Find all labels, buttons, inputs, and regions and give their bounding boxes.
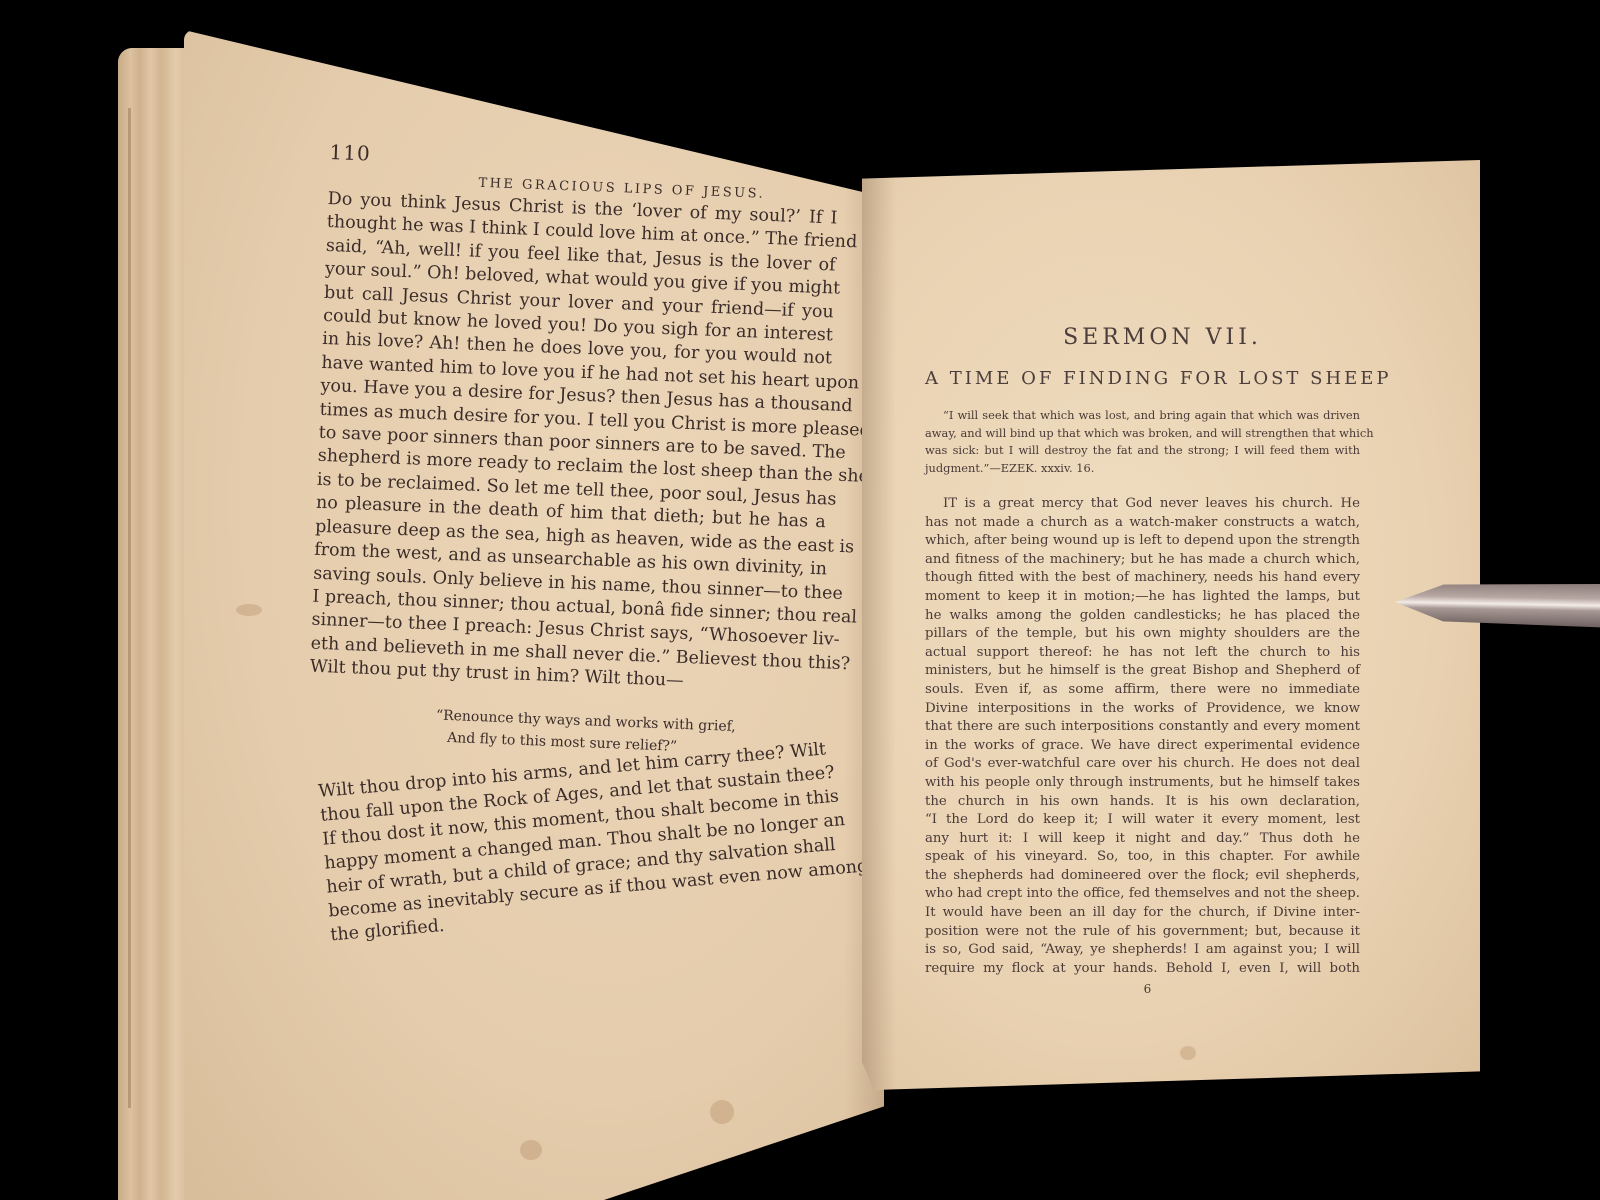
text-line: “I the Lord do keep it; I will water it … [925,811,1360,830]
text-line: ministers, but he himself is the great B… [925,662,1360,681]
text-line: pillars of the temple, but his own might… [925,625,1360,644]
text-line: Divine interpositions in the works of Pr… [925,700,1360,719]
text-line: speak of his vineyard. So, too, in this … [925,848,1360,867]
text-line: who had crept into the office, fed thems… [925,885,1360,904]
sermon-title: A TIME OF FINDING FOR LOST SHEEP [925,368,1360,389]
epigraph-line: “I will seek that which was lost, and br… [925,407,1360,425]
page-number: 110 [329,140,371,166]
scripture-epigraph: “I will seek that which was lost, and br… [925,407,1360,477]
text-line: has not made a church as a watch-maker c… [925,514,1360,533]
sermon-number: SERMON VII. [925,325,1360,350]
text-line: that there are such interpositions const… [925,718,1360,737]
text-line: is so, God said, “Away, ye shepherds! I … [925,941,1360,960]
paper-stain [1180,1046,1196,1060]
page-stack-edge [118,48,190,1200]
text-line: he walks among the golden candlesticks; … [925,607,1360,626]
paper-stain [520,1140,542,1160]
text-line: position were not the rule of his govern… [925,923,1360,942]
text-line: though fitted with the best of machinery… [925,569,1360,588]
open-book: 110 THE GRACIOUS LIPS OF JESUS. Do you t… [0,0,1600,1200]
text-line: actual support thereof: he has not left … [925,644,1360,663]
paper-stain [236,604,262,616]
epigraph-line: away, and will bind up that which was br… [925,425,1360,443]
paper-stain [710,1100,734,1124]
right-page-text: SERMON VII. A TIME OF FINDING FOR LOST S… [925,325,1360,996]
text-line: the church in his own hands. It is his o… [925,793,1360,812]
signature-mark: 6 [925,982,1360,996]
text-line: with his people only through instruments… [925,774,1360,793]
text-line: and fitness of the machinery; but he has… [925,551,1360,570]
epigraph-line: judgment.”—EZEK. xxxiv. 16. [925,460,1360,478]
text-line: in the works of grace. We have direct ex… [925,737,1360,756]
text-line: of God's ever-watchful care over his chu… [925,755,1360,774]
left-body-text: Do you think Jesus Christ is the ‘lover … [309,188,837,699]
text-line: It would have been an ill day for the ch… [925,904,1360,923]
text-line: which, after being wound up is left to d… [925,532,1360,551]
text-line: IT is a great mercy that God never leave… [925,495,1360,514]
text-line: the shepherds had domineered over the fl… [925,867,1360,886]
text-line: moment to keep it in motion;—he has ligh… [925,588,1360,607]
text-line: any hurt it: I will keep it night and da… [925,830,1360,849]
text-line: souls. Even if, as some affirm, there we… [925,681,1360,700]
epigraph-line: was sick: but I will destroy the fat and… [925,442,1360,460]
right-body-text: IT is a great mercy that God never leave… [925,495,1360,978]
text-line: require my flock at your hands. Behold I… [925,960,1360,979]
